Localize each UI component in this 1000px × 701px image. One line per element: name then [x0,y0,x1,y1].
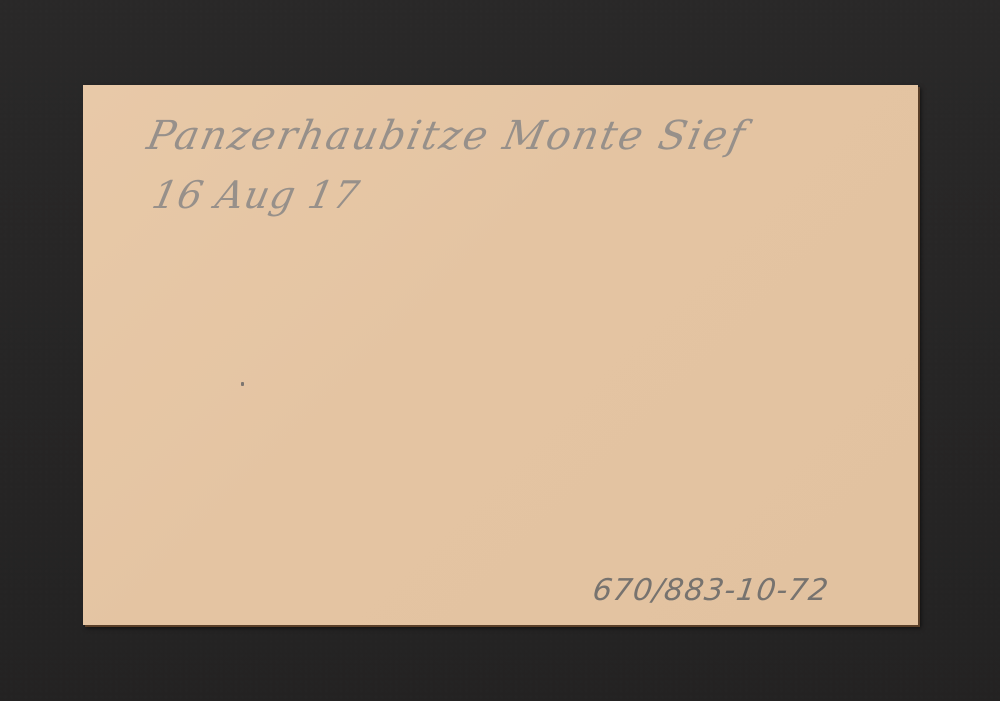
paper-speck [241,382,244,386]
handwritten-date: 16 Aug 17 [148,173,363,217]
archival-card: Panzerhaubitze Monte Sief 16 Aug 17 670/… [83,85,918,625]
handwritten-caption: Panzerhaubitze Monte Sief [143,113,751,159]
catalog-number: 670/883-10-72 [591,573,832,608]
